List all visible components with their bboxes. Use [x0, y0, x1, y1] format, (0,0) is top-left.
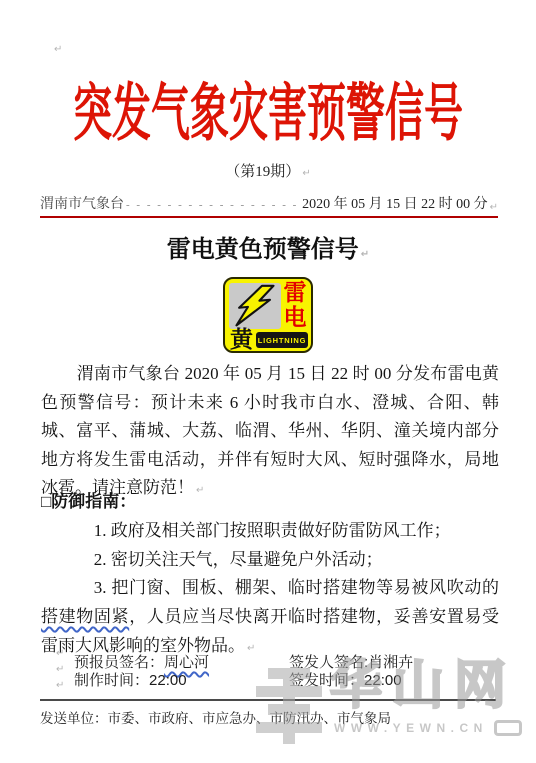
paragraph-mark: ↵ [361, 249, 369, 260]
paragraph-mark: ↵ [56, 664, 64, 675]
agency-name: 渭南市气象台 [40, 193, 124, 213]
paragraph-mark: ↵ [54, 44, 62, 55]
made-time-value: ：22:00 [134, 672, 187, 689]
paragraph-mark: ↵ [56, 648, 64, 659]
guide-item-1: 1. 政府及相关部门按照职责做好防雷防风工作； [41, 517, 499, 546]
icon-en-label: LIGHTNING [256, 332, 308, 348]
dotted-leader: - - - - - - - - - - - - - - - - - - - - [124, 199, 302, 213]
paragraph-mark: ↵ [302, 168, 310, 179]
issued-time-label: 签发时间 [289, 672, 349, 689]
issued-time: 签发时间：22:00 [289, 669, 402, 690]
warning-body-text: 渭南市气象台 2020 年 05 月 15 日 22 时 00 分发布雷电黄色预… [41, 364, 499, 497]
masthead-title: 突发气象灾害预警信号 [0, 64, 536, 154]
icon-cn-top: 雷 [281, 280, 309, 305]
made-time: 制作时间：22:00 [74, 669, 187, 690]
misspell-underline: 搭建物固紧 [41, 607, 129, 626]
guide-item-2: 2. 密切关注天气，尽量避免户外活动； [41, 546, 499, 575]
issue-number: （第19期）↵ [0, 160, 536, 181]
issue-datetime: 2020 年 05 月 15 日 22 时 00 分 [302, 193, 488, 213]
warning-signal-title-text: 雷电黄色预警信号 [167, 236, 359, 263]
icon-cn-label: 雷 电 [281, 280, 309, 330]
warning-body-paragraph: 渭南市气象台 2020 年 05 月 15 日 22 时 00 分发布雷电黄色预… [41, 360, 499, 506]
icon-cn-bottom: 电 [281, 305, 309, 330]
warning-notice-page: ↵ 突发气象灾害预警信号 （第19期）↵ 渭南市气象台 - - - - - - … [0, 0, 536, 763]
lightning-bolt-panel [229, 283, 281, 329]
defense-guide: □防御指南： 1. 政府及相关部门按照职责做好防雷防风工作； 2. 密切关注天气… [41, 488, 499, 664]
lightning-bolt-icon [233, 284, 277, 328]
issue-number-text: （第19期） [225, 164, 300, 180]
distribution-list: 发送单位：市委、市政府、市应急办、市防汛办、市气象局 [40, 707, 516, 727]
defense-guide-heading: □防御指南： [41, 488, 499, 517]
footer-divider-line [40, 699, 496, 701]
paragraph-mark: ↵ [490, 202, 498, 213]
guide-item-3-pre: 3. 把门窗、围板、棚架、临时搭建物等易被风吹动的 [94, 578, 499, 597]
issued-time-value: ：22:00 [349, 672, 402, 689]
paragraph-mark: ↵ [56, 680, 64, 691]
made-time-label: 制作时间 [74, 672, 134, 689]
icon-level-char: 黄 [230, 328, 253, 351]
paragraph-mark: ↵ [247, 643, 255, 654]
masthead-dateline: 渭南市气象台 - - - - - - - - - - - - - - - - -… [40, 194, 498, 218]
lightning-yellow-warning-icon: 雷 电 黄 LIGHTNING [223, 277, 313, 353]
warning-signal-title: 雷电黄色预警信号↵ [0, 229, 536, 264]
